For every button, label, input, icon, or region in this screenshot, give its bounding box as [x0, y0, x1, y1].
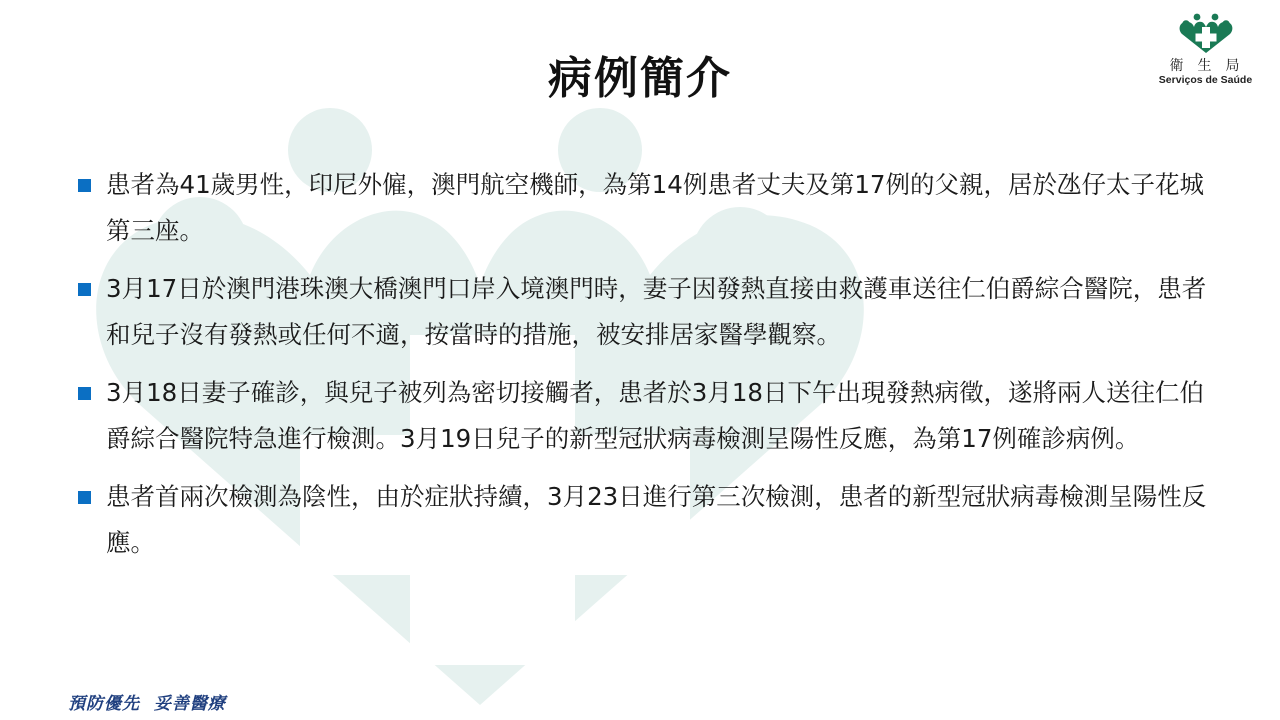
bullet-text: 3月17日於澳門港珠澳大橋澳門口岸入境澳門時，妻子因發熱直接由救護車送往仁伯爵綜…: [106, 274, 1206, 349]
bullet-text: 患者為41歲男性，印尼外僱，澳門航空機師，為第14例患者丈夫及第17例的父親，居…: [106, 170, 1204, 245]
logo-name-chinese: 衛生局: [1148, 58, 1263, 74]
heart-people-cross-icon: [1178, 12, 1234, 54]
list-item: 3月18日妻子確診，與兒子被列為密切接觸者，患者於3月18日下午出現發熱病徵，遂…: [74, 370, 1214, 462]
page-title: 病例簡介: [0, 42, 1280, 106]
list-item: 患者首兩次檢測為陰性，由於症狀持續，3月23日進行第三次檢測，患者的新型冠狀病毒…: [74, 474, 1214, 566]
logo-name-portuguese: Serviços de Saúde: [1148, 74, 1263, 86]
logo: 衛生局 Serviços de Saúde: [1148, 12, 1263, 86]
square-bullet-icon: [78, 491, 91, 504]
list-item: 患者為41歲男性，印尼外僱，澳門航空機師，為第14例患者丈夫及第17例的父親，居…: [74, 162, 1214, 254]
slide: 病例簡介 衛生局 Serviços de Saúde 患者為41歲男性，印尼外僱…: [0, 0, 1280, 720]
square-bullet-icon: [78, 387, 91, 400]
bullet-text: 患者首兩次檢測為陰性，由於症狀持續，3月23日進行第三次檢測，患者的新型冠狀病毒…: [106, 482, 1206, 557]
footer-slogan: 預防優先 妥善醫療: [68, 689, 226, 714]
square-bullet-icon: [78, 283, 91, 296]
square-bullet-icon: [78, 179, 91, 192]
bullet-list: 患者為41歲男性，印尼外僱，澳門航空機師，為第14例患者丈夫及第17例的父親，居…: [74, 162, 1214, 578]
list-item: 3月17日於澳門港珠澳大橋澳門口岸入境澳門時，妻子因發熱直接由救護車送往仁伯爵綜…: [74, 266, 1214, 358]
bullet-text: 3月18日妻子確診，與兒子被列為密切接觸者，患者於3月18日下午出現發熱病徵，遂…: [106, 378, 1204, 453]
